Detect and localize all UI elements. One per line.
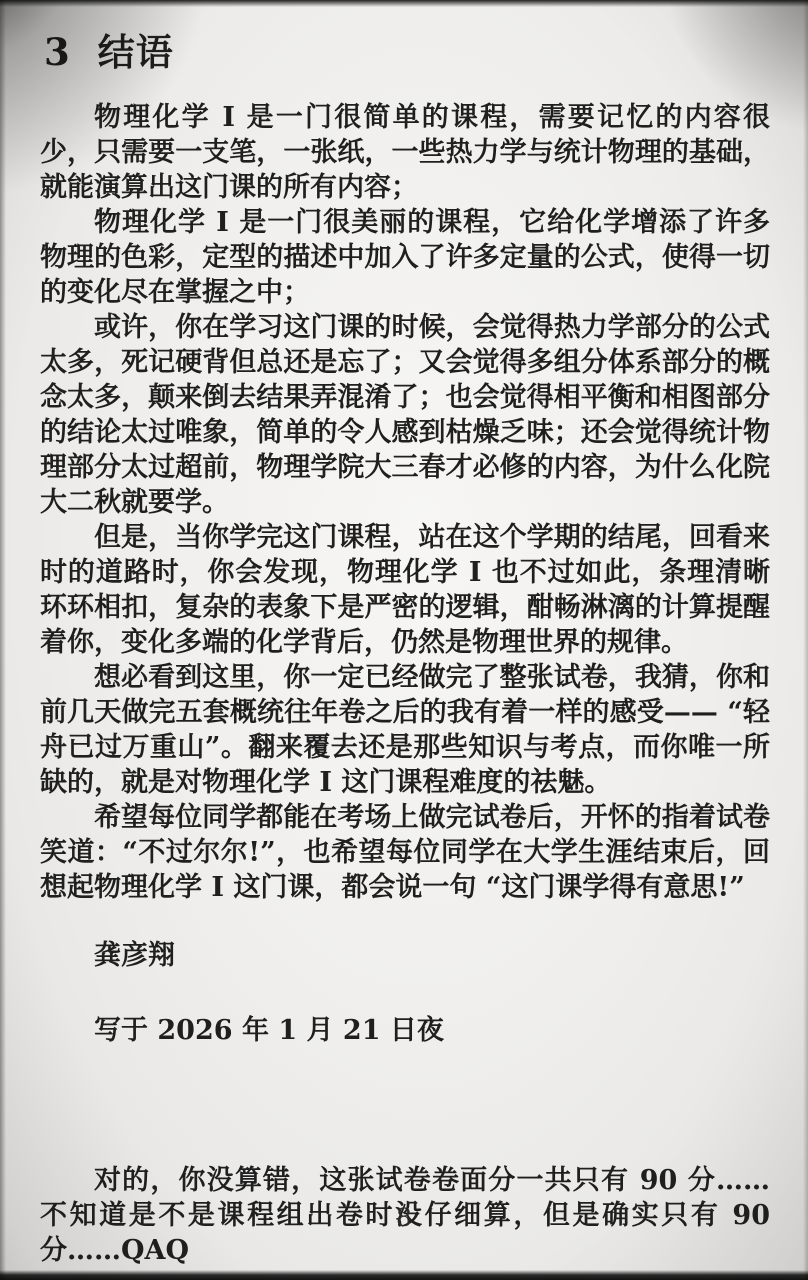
section-title: 结语 [98,30,174,74]
document-page: 3结语 物理化学 I 是一门很简单的课程，需要记忆的内容很少，只需要一支笔，一张… [0,0,808,1280]
section-number: 3 [44,30,71,74]
paragraph-beautiful-course: 物理化学 I 是一门很美丽的课程，它给化学增添了许多物理的色彩，定型的描述中加入… [40,205,770,310]
author-signature: 龚彦翔 [40,938,770,973]
paragraph-finished-exam: 想必看到这里，你一定已经做完了整张试卷，我猜，你和前几天做完五套概统往年卷之后的… [40,660,770,800]
date-line: 写于 2026 年 1 月 21 日夜 [40,1013,770,1048]
page-number: 8 [0,1203,808,1232]
paragraph-difficulties: 或许，你在学习这门课的时候，会觉得热力学部分的公式太多，死记硬背但总还是忘了；又… [40,310,770,520]
section-heading: 3结语 [44,30,770,74]
paragraph-simple-course: 物理化学 I 是一门很简单的课程，需要记忆的内容很少，只需要一支笔，一张纸，一些… [40,100,770,205]
paragraph-looking-back: 但是，当你学完这门课程，站在这个学期的结尾，回看来时的道路时，你会发现，物理化学… [40,520,770,660]
page-content: 3结语 物理化学 I 是一门很简单的课程，需要记忆的内容很少，只需要一支笔，一张… [0,0,808,1268]
paragraph-wishes: 希望每位同学都能在考场上做完试卷后，开怀的指着试卷笑道：“不过尔尔!”，也希望每… [40,800,770,905]
